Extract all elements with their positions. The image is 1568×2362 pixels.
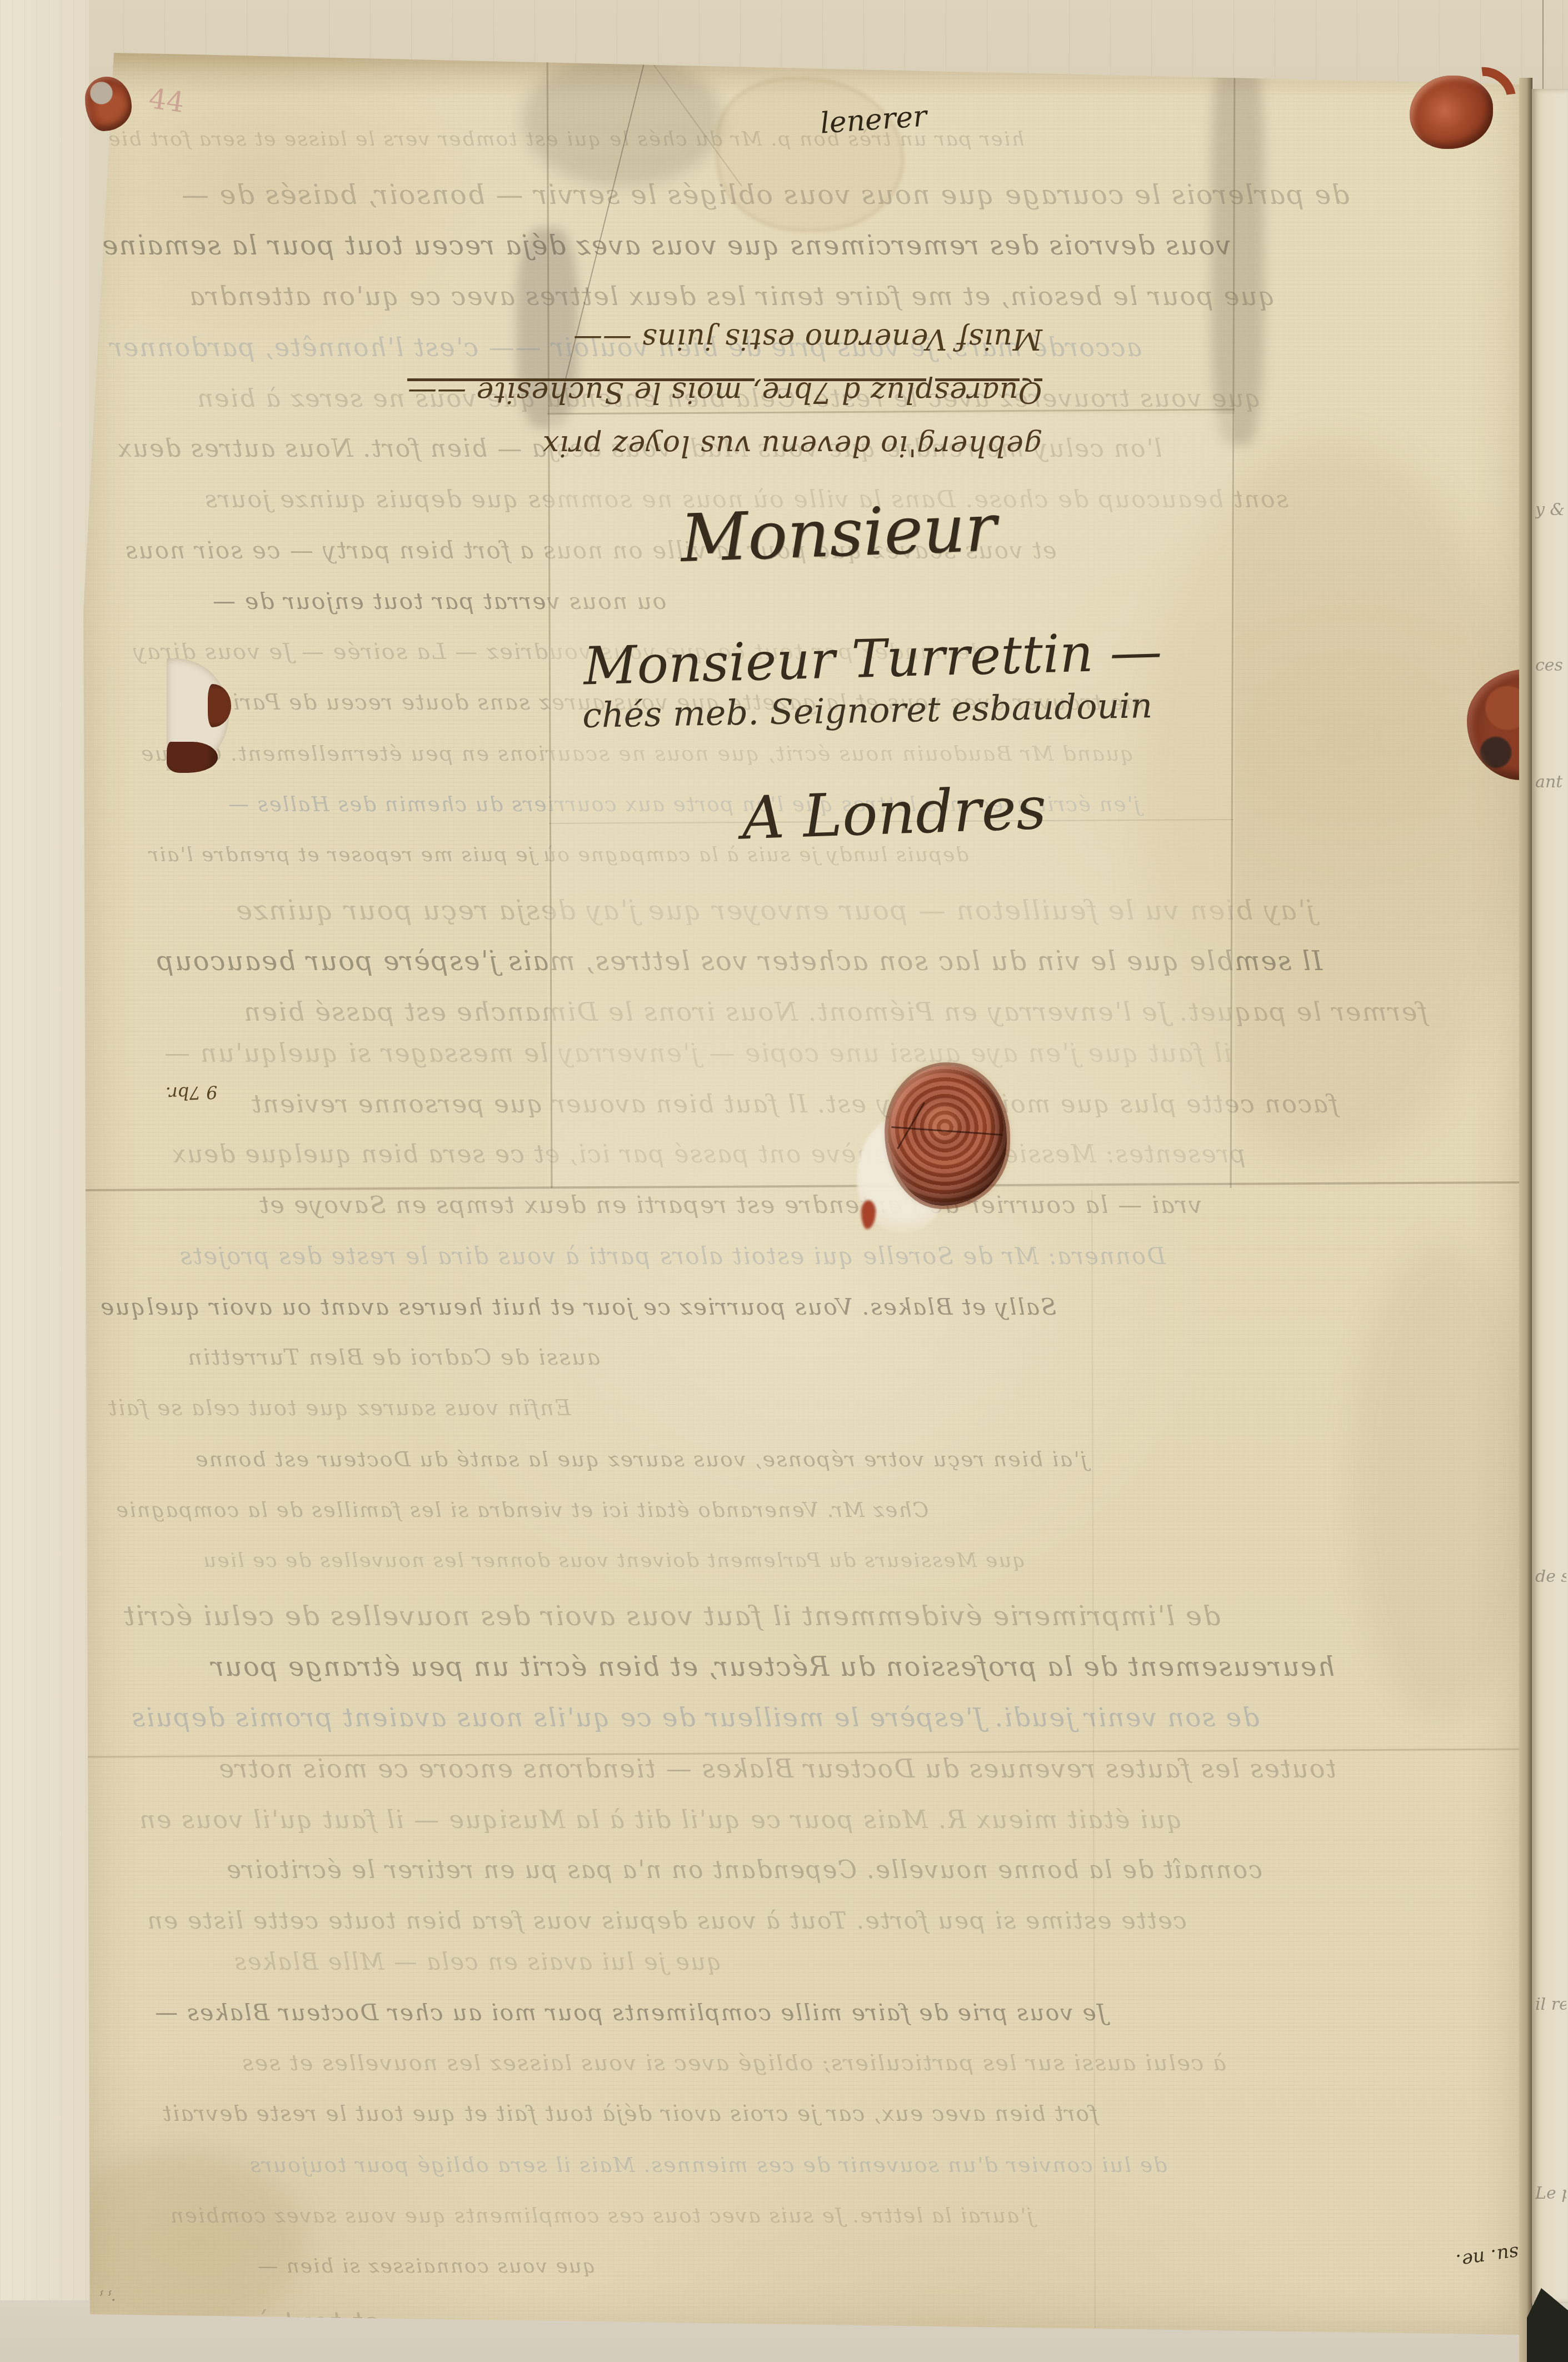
docket-line: gebherg'io devenu vus loyez prix	[553, 419, 1042, 472]
next-leaf-text-fragment: y &	[1535, 500, 1566, 520]
address-city: A Londres	[741, 773, 1047, 852]
seal-crack	[897, 1102, 925, 1150]
bottom-left-mark: ⸯⸯ·	[94, 2289, 116, 2309]
manuscript-scan: { "document": { "kind": "17th-century ma…	[0, 0, 1568, 2362]
backing-sheet-left	[0, 0, 89, 2362]
small-inverted-note: 9 7br.	[165, 1081, 218, 1104]
pink-numeral-mark: 44	[147, 82, 186, 119]
center-wax-seal	[888, 1066, 1007, 1206]
next-leaf-text-fragment: ant	[1535, 772, 1566, 792]
docket-line: Quarespluz d 7bre, mois le Suchesite ——	[553, 366, 1042, 419]
next-leaf-edge: y &cesantde sil reLe p	[1532, 89, 1568, 2303]
letter-page: hier par un très bon p. Mr du chés le qu…	[83, 50, 1524, 2335]
address-salutation: Monsieur	[680, 489, 998, 577]
backing-crack	[1542, 0, 1544, 94]
next-leaf-text-fragment: il re	[1535, 1995, 1566, 2014]
next-leaf-text-fragment: Le p	[1535, 2184, 1566, 2203]
binding-gutter	[1519, 78, 1532, 2362]
inverted-docket-note: gebherg'io devenu vus loyez prix Quaresp…	[553, 300, 1042, 472]
next-leaf-text-fragment: de s	[1535, 1567, 1566, 1586]
docket-line: Muisf Venerano estis juins ——	[553, 312, 1042, 366]
next-leaf-text-fragment: ces	[1535, 656, 1566, 675]
